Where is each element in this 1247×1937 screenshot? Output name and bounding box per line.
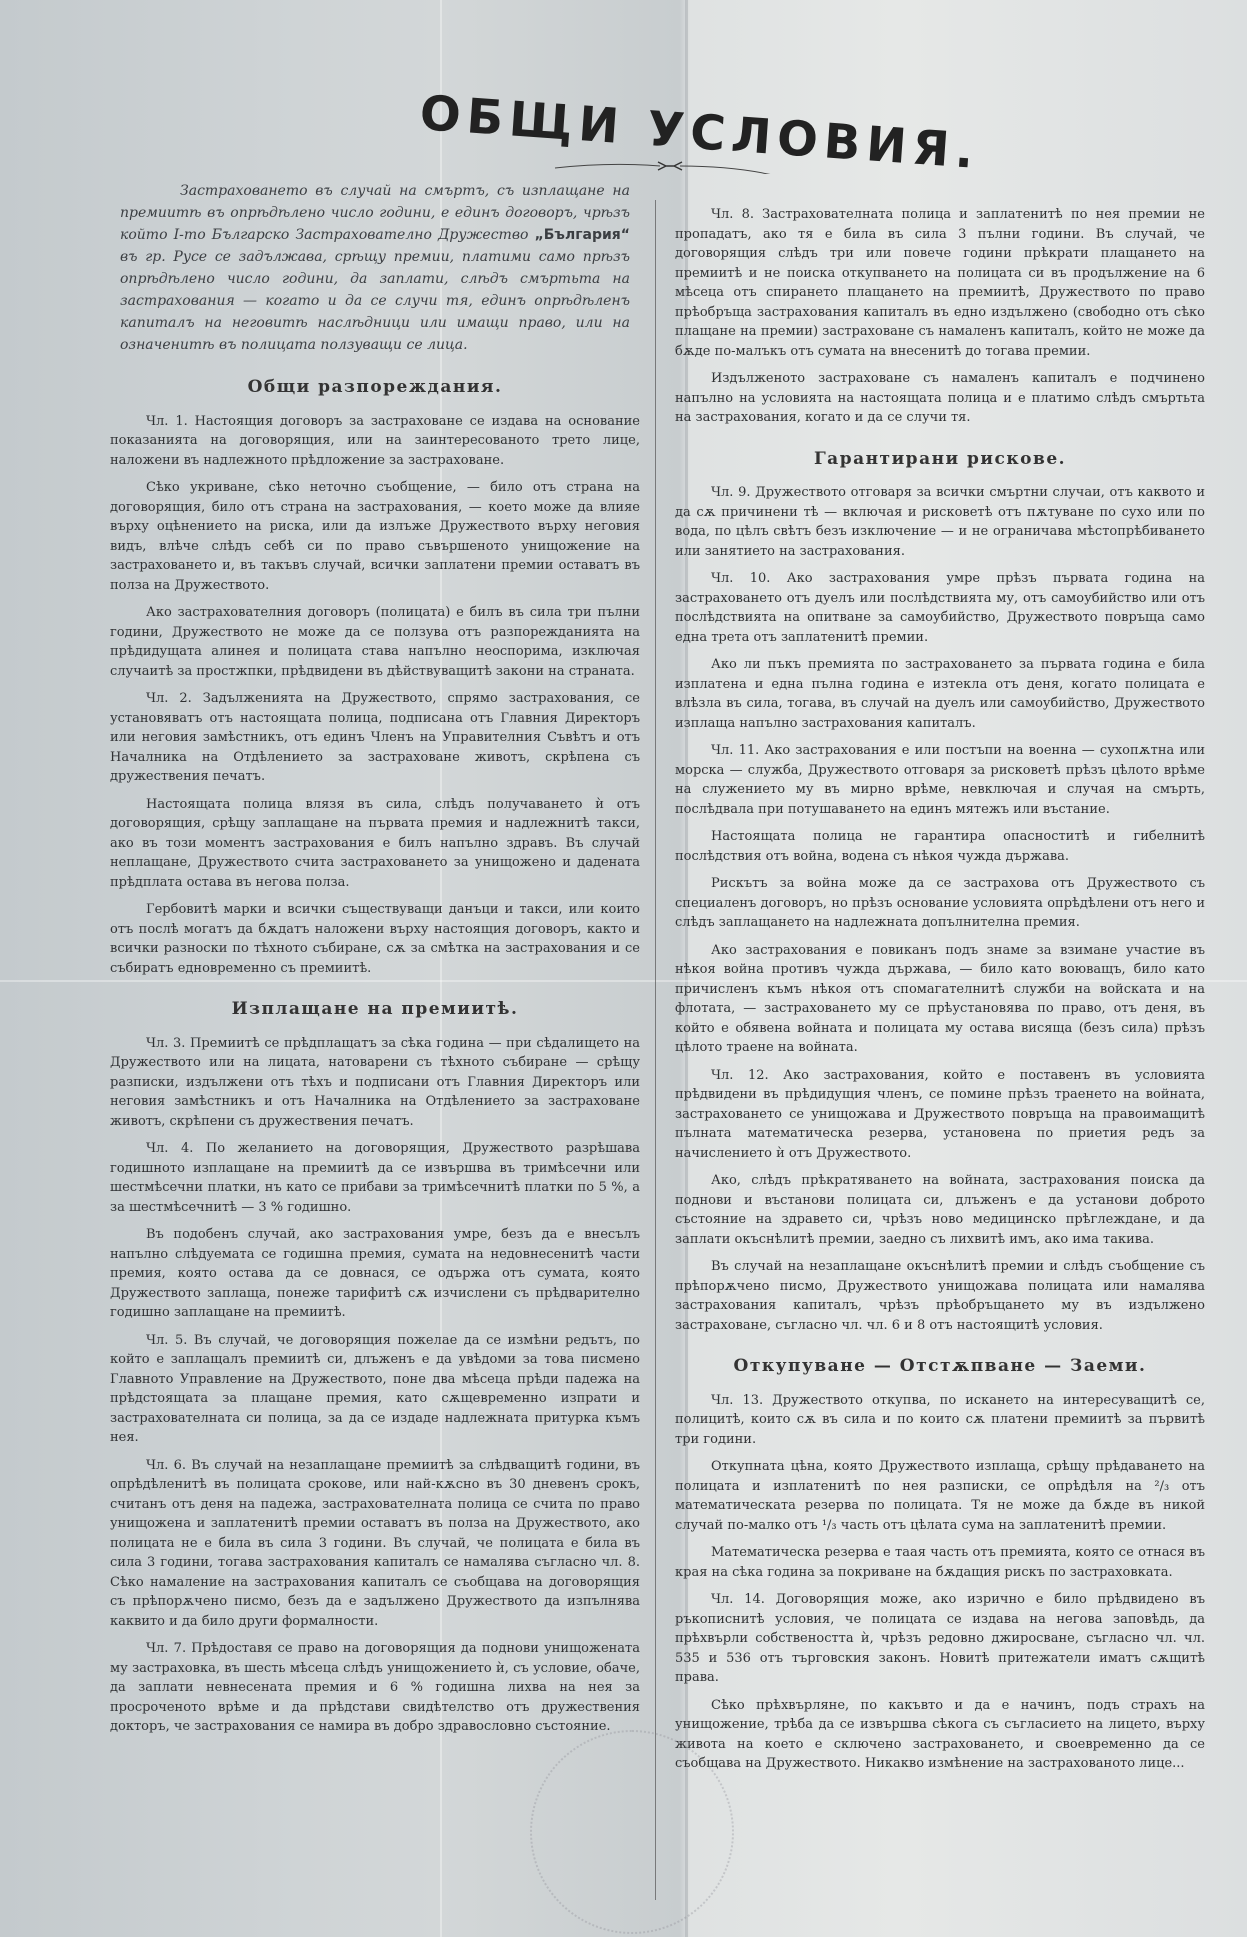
article-paragraph: Чл. 3. Премиитѣ се прѣдплащатъ за сѣка г… <box>110 1034 640 1132</box>
article-paragraph: Сѣко прѣхвърляне, по какъвто и да е начи… <box>675 1696 1205 1774</box>
embossed-stamp <box>530 1730 734 1934</box>
intro-paragraph: Застраховането въ случай на смъртъ, съ и… <box>120 180 630 356</box>
article-paragraph: Чл. 7. Прѣдоставя се право на договорящи… <box>110 1639 640 1737</box>
company-name: „България“ <box>535 227 630 243</box>
article-paragraph: Чл. 12. Ако застрахования, който е поста… <box>675 1066 1205 1164</box>
article-paragraph: Чл. 2. Задълженията на Дружеството, спря… <box>110 689 640 787</box>
article-paragraph: Чл. 14. Договорящия може, ако изрично е … <box>675 1590 1205 1688</box>
article-paragraph: Чл. 13. Дружеството откупва, по искането… <box>675 1391 1205 1450</box>
article-paragraph: Чл. 11. Ако застрахования е или постъпи … <box>675 741 1205 819</box>
left-column: Застраховането въ случай на смъртъ, съ и… <box>110 180 640 1745</box>
article-paragraph: Математическа резерва е таая часть отъ п… <box>675 1543 1205 1582</box>
article-paragraph: Чл. 10. Ако застрахования умре прѣзъ пър… <box>675 569 1205 647</box>
article-paragraph: Ако застрахователния договоръ (полицата)… <box>110 603 640 681</box>
article-paragraph: Сѣко укриване, сѣко неточно съобщение, —… <box>110 478 640 595</box>
column-divider <box>655 200 656 1900</box>
article-paragraph: Чл. 1. Настоящия договоръ за застрахован… <box>110 412 640 471</box>
article-paragraph: Чл. 8. Застрахователната полица и заплат… <box>675 205 1205 361</box>
article-paragraph: Издълженото застраховане съ намаленъ кап… <box>675 369 1205 428</box>
section-heading: Общи разпореждания. <box>110 378 640 398</box>
article-paragraph: Ако застрахования е повиканъ подъ знаме … <box>675 941 1205 1058</box>
left-sections: Общи разпореждания.Чл. 1. Настоящия дого… <box>110 378 640 1737</box>
article-paragraph: Чл. 5. Въ случай, че договорящия пожелае… <box>110 1331 640 1448</box>
article-paragraph: Ако ли пъкъ премията по застраховането з… <box>675 655 1205 733</box>
article-paragraph: Чл. 4. По желанието на договорящия, Друж… <box>110 1139 640 1217</box>
article-paragraph: Ако, слѣдъ прѣкратяването на войната, за… <box>675 1171 1205 1249</box>
article-paragraph: Въ случай на незаплащане окъснѣлитѣ прем… <box>675 1257 1205 1335</box>
article-paragraph: Чл. 6. Въ случай на незаплащане премиитѣ… <box>110 1456 640 1632</box>
section-heading: Изплащане на премиитѣ. <box>110 1000 640 1020</box>
article-paragraph: Гербовитѣ марки и всички съществуващи да… <box>110 900 640 978</box>
article-paragraph: Настоящата полица не гарантира опасности… <box>675 827 1205 866</box>
section-heading: Гарантирани рискове. <box>675 450 1205 470</box>
article-paragraph: Въ подобенъ случай, ако застрахования ум… <box>110 1225 640 1323</box>
article-paragraph: Рискътъ за война може да се застрахова о… <box>675 874 1205 933</box>
article-paragraph: Откупната цѣна, която Дружеството изплащ… <box>675 1457 1205 1535</box>
right-sections: Чл. 8. Застрахователната полица и заплат… <box>675 205 1205 1774</box>
article-paragraph: Чл. 9. Дружеството отговаря за всички см… <box>675 483 1205 561</box>
section-heading: Откупуване — Отстѫпване — Заеми. <box>675 1357 1205 1377</box>
document-sheet: ОБЩИ УСЛОВИЯ. Застраховането въ случай н… <box>0 0 1247 1937</box>
ornament-divider-icon <box>550 158 790 174</box>
article-paragraph: Настоящата полица влязя въ сила, слѣдъ п… <box>110 795 640 893</box>
right-column: Чл. 8. Застрахователната полица и заплат… <box>675 205 1205 1782</box>
intro-text: въ гр. Русе се задължава, срѣщу премии, … <box>120 249 630 353</box>
